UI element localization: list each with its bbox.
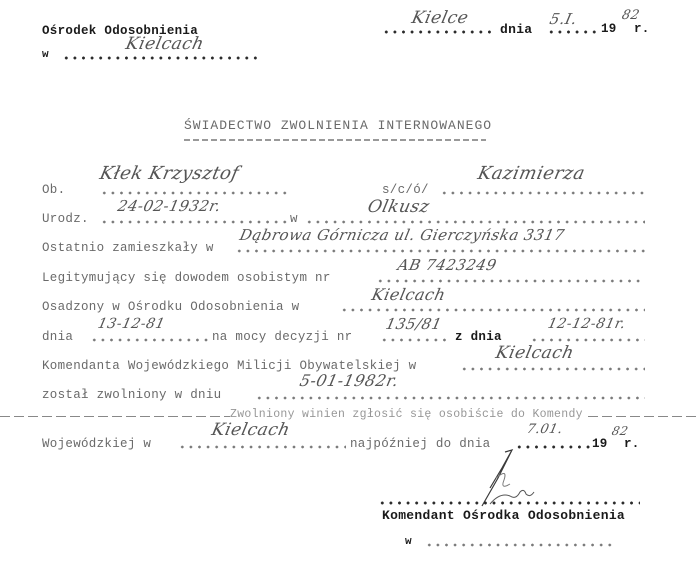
field-label-released: został zwolniony w dniu [42,388,221,402]
year-handwritten: 82 [620,8,641,23]
release-date-dotted-line [255,396,645,400]
report-city-handwritten: Kielcach [210,420,292,440]
decision-date-dotted-line [530,338,645,342]
year-suffix: r. [634,22,650,36]
left-cut-line [0,416,230,417]
decision-number-dotted-line [380,338,450,342]
right-cut-line [588,416,700,417]
field-label-name: Ob. [42,183,65,197]
commander-city-dotted-line [460,367,645,371]
location-handwritten: Kielcach [124,34,206,54]
id-dotted-line [376,279,645,283]
signature-title: Komendant Ośrodka Odosobnienia [382,508,625,523]
year-prefix: 19 [601,22,617,36]
detention-date-dotted-line [90,338,210,342]
city-handwritten: Kielce [410,8,470,28]
title-underline [184,139,486,141]
signature-dotted-line [378,501,640,505]
report-year-prefix: 19 [592,437,608,451]
field-label-decision: na mocy decyzji nr [212,330,352,344]
birthplace-dotted-line [305,220,645,224]
footer-location-prefix: w [405,536,412,548]
report-year-handwritten: 82 [611,424,630,438]
field-label-father: s/c/ó/ [382,183,429,197]
field-label-born: Urodz. [42,212,89,226]
location-dotted-line [62,56,258,60]
father-dotted-line [440,191,645,195]
field-label-born-in: w [290,212,298,226]
birthdate-handwritten: 24-02-1932r. [116,197,223,215]
report-notice-label: Wojewódzkiej w [42,437,151,451]
footer-location-dotted-line [425,543,615,547]
release-date-handwritten: 5-01-1982r. [298,371,401,390]
signature-mark [460,448,550,508]
birthdate-dotted-line [100,220,290,224]
date-dotted-line [547,30,599,34]
report-city-dotted-line [178,445,346,449]
field-label-detention-date: dnia [42,330,73,344]
date-handwritten: 5.I. [548,10,579,28]
field-label-detained: Osadzony w Ośrodku Odosobnienia w [42,300,299,314]
report-year-suffix: r. [624,437,640,451]
father-name-handwritten: Kazimierza [476,163,587,184]
decision-number-handwritten: 135/81 [384,315,444,333]
residence-dotted-line [235,249,645,253]
field-label-id: Legitymujący się dowodem osobistym nr [42,271,331,285]
date-label: dnia [500,22,532,37]
city-dotted-line [382,30,492,34]
residence-handwritten: Dąbrowa Górnicza ul. Gierczyńska 3317 [238,226,566,244]
name-dotted-line [100,191,290,195]
detention-place-handwritten: Kielcach [370,285,447,304]
name-handwritten: Kłek Krzysztof [98,163,241,184]
decision-date-handwritten: 12-12-81r. [546,316,627,332]
field-label-decision-date: z dnia [455,330,502,344]
report-date-handwritten: 7.01. [525,422,564,437]
birthplace-handwritten: Olkusz [366,197,432,217]
document-title: ŚWIADECTWO ZWOLNIENIA INTERNOWANEGO [184,118,492,133]
field-label-residence: Ostatnio zamieszkały w [42,241,214,255]
id-number-handwritten: AB 7423249 [396,256,498,274]
location-prefix: w [42,49,49,61]
commander-city-handwritten: Kielcach [494,343,576,363]
detention-place-dotted-line [340,308,645,312]
detention-date-handwritten: 13-12-81 [96,316,166,332]
